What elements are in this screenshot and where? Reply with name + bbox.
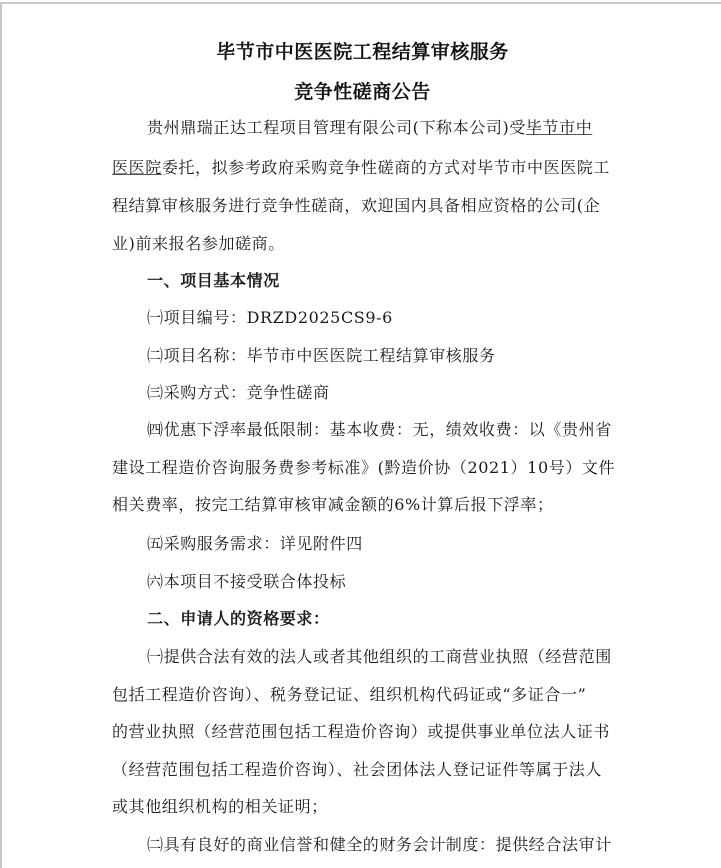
section2-item-1-cont3: （经营范围包括工程造价咨询）、社会团体法人登记证件等属于法人 [112, 760, 622, 780]
client-name-link-cont: 医医院 [112, 158, 162, 177]
section1-item-4: ㈣优惠下浮率最低限制：基本收费：无，绩效收费：以《贵州省 [147, 420, 657, 440]
section2-item-1-cont4: 或其他组织机构的相关证明； [112, 797, 622, 817]
section2-heading: 二、申请人的资格要求： [147, 609, 657, 629]
document-title: 毕节市中医医院工程结算审核服务 [2, 37, 721, 64]
section1-item-2: ㈡项目名称：毕节市中医医院工程结算审核服务 [147, 346, 657, 366]
intro-line-4: 业)前来报名参加磋商。 [112, 234, 622, 254]
intro-line-1: 贵州鼎瑞正达工程项目管理有限公司(下称本公司)受毕节市中 [147, 118, 657, 138]
section1-item-4-cont: 建设工程造价咨询服务费参考标准》(黔造价协（2021）10号）文件 [112, 458, 622, 478]
section2-item-1-cont: 包括工程造价咨询）、税务登记证、组织机构代码证或“多证合一” [112, 685, 622, 705]
section2-item-1: ㈠提供合法有效的法人或者其他组织的工商营业执照（经营范围 [147, 647, 657, 667]
intro-line-3: 程结算审核服务进行竞争性磋商，欢迎国内具备相应资格的公司(企 [112, 196, 622, 216]
intro-text: 委托，拟参考政府采购竞争性磋商的方式对毕节市中医医院工 [162, 158, 610, 177]
document-subtitle: 竞争性磋商公告 [2, 77, 721, 104]
section1-item-3: ㈢采购方式：竞争性磋商 [147, 383, 657, 403]
section1-heading: 一、项目基本情况 [147, 271, 657, 291]
section2-item-1-cont2: 的营业执照（经营范围包括工程造价咨询）或提供事业单位法人证书 [112, 722, 622, 742]
client-name-link: 毕节市中 [526, 118, 592, 137]
intro-text: 贵州鼎瑞正达工程项目管理有限公司(下称本公司)受 [147, 118, 526, 137]
section1-item-4-cont2: 相关费率，按完工结算审核审减金额的6%计算后报下浮率； [112, 495, 622, 515]
section1-item-1: ㈠项目编号：DRZD2025CS9-6 [147, 308, 657, 328]
section2-item-2: ㈡具有良好的商业信誉和健全的财务会计制度：提供经合法审计 [147, 835, 657, 855]
section1-item-5: ㈤采购服务需求：详见附件四 [147, 534, 657, 554]
intro-line-2: 医医院委托，拟参考政府采购竞争性磋商的方式对毕节市中医医院工 [112, 158, 622, 178]
document-page: 毕节市中医医院工程结算审核服务 竞争性磋商公告 贵州鼎瑞正达工程项目管理有限公司… [0, 2, 721, 868]
section1-item-6: ㈥本项目不接受联合体投标 [147, 572, 657, 592]
